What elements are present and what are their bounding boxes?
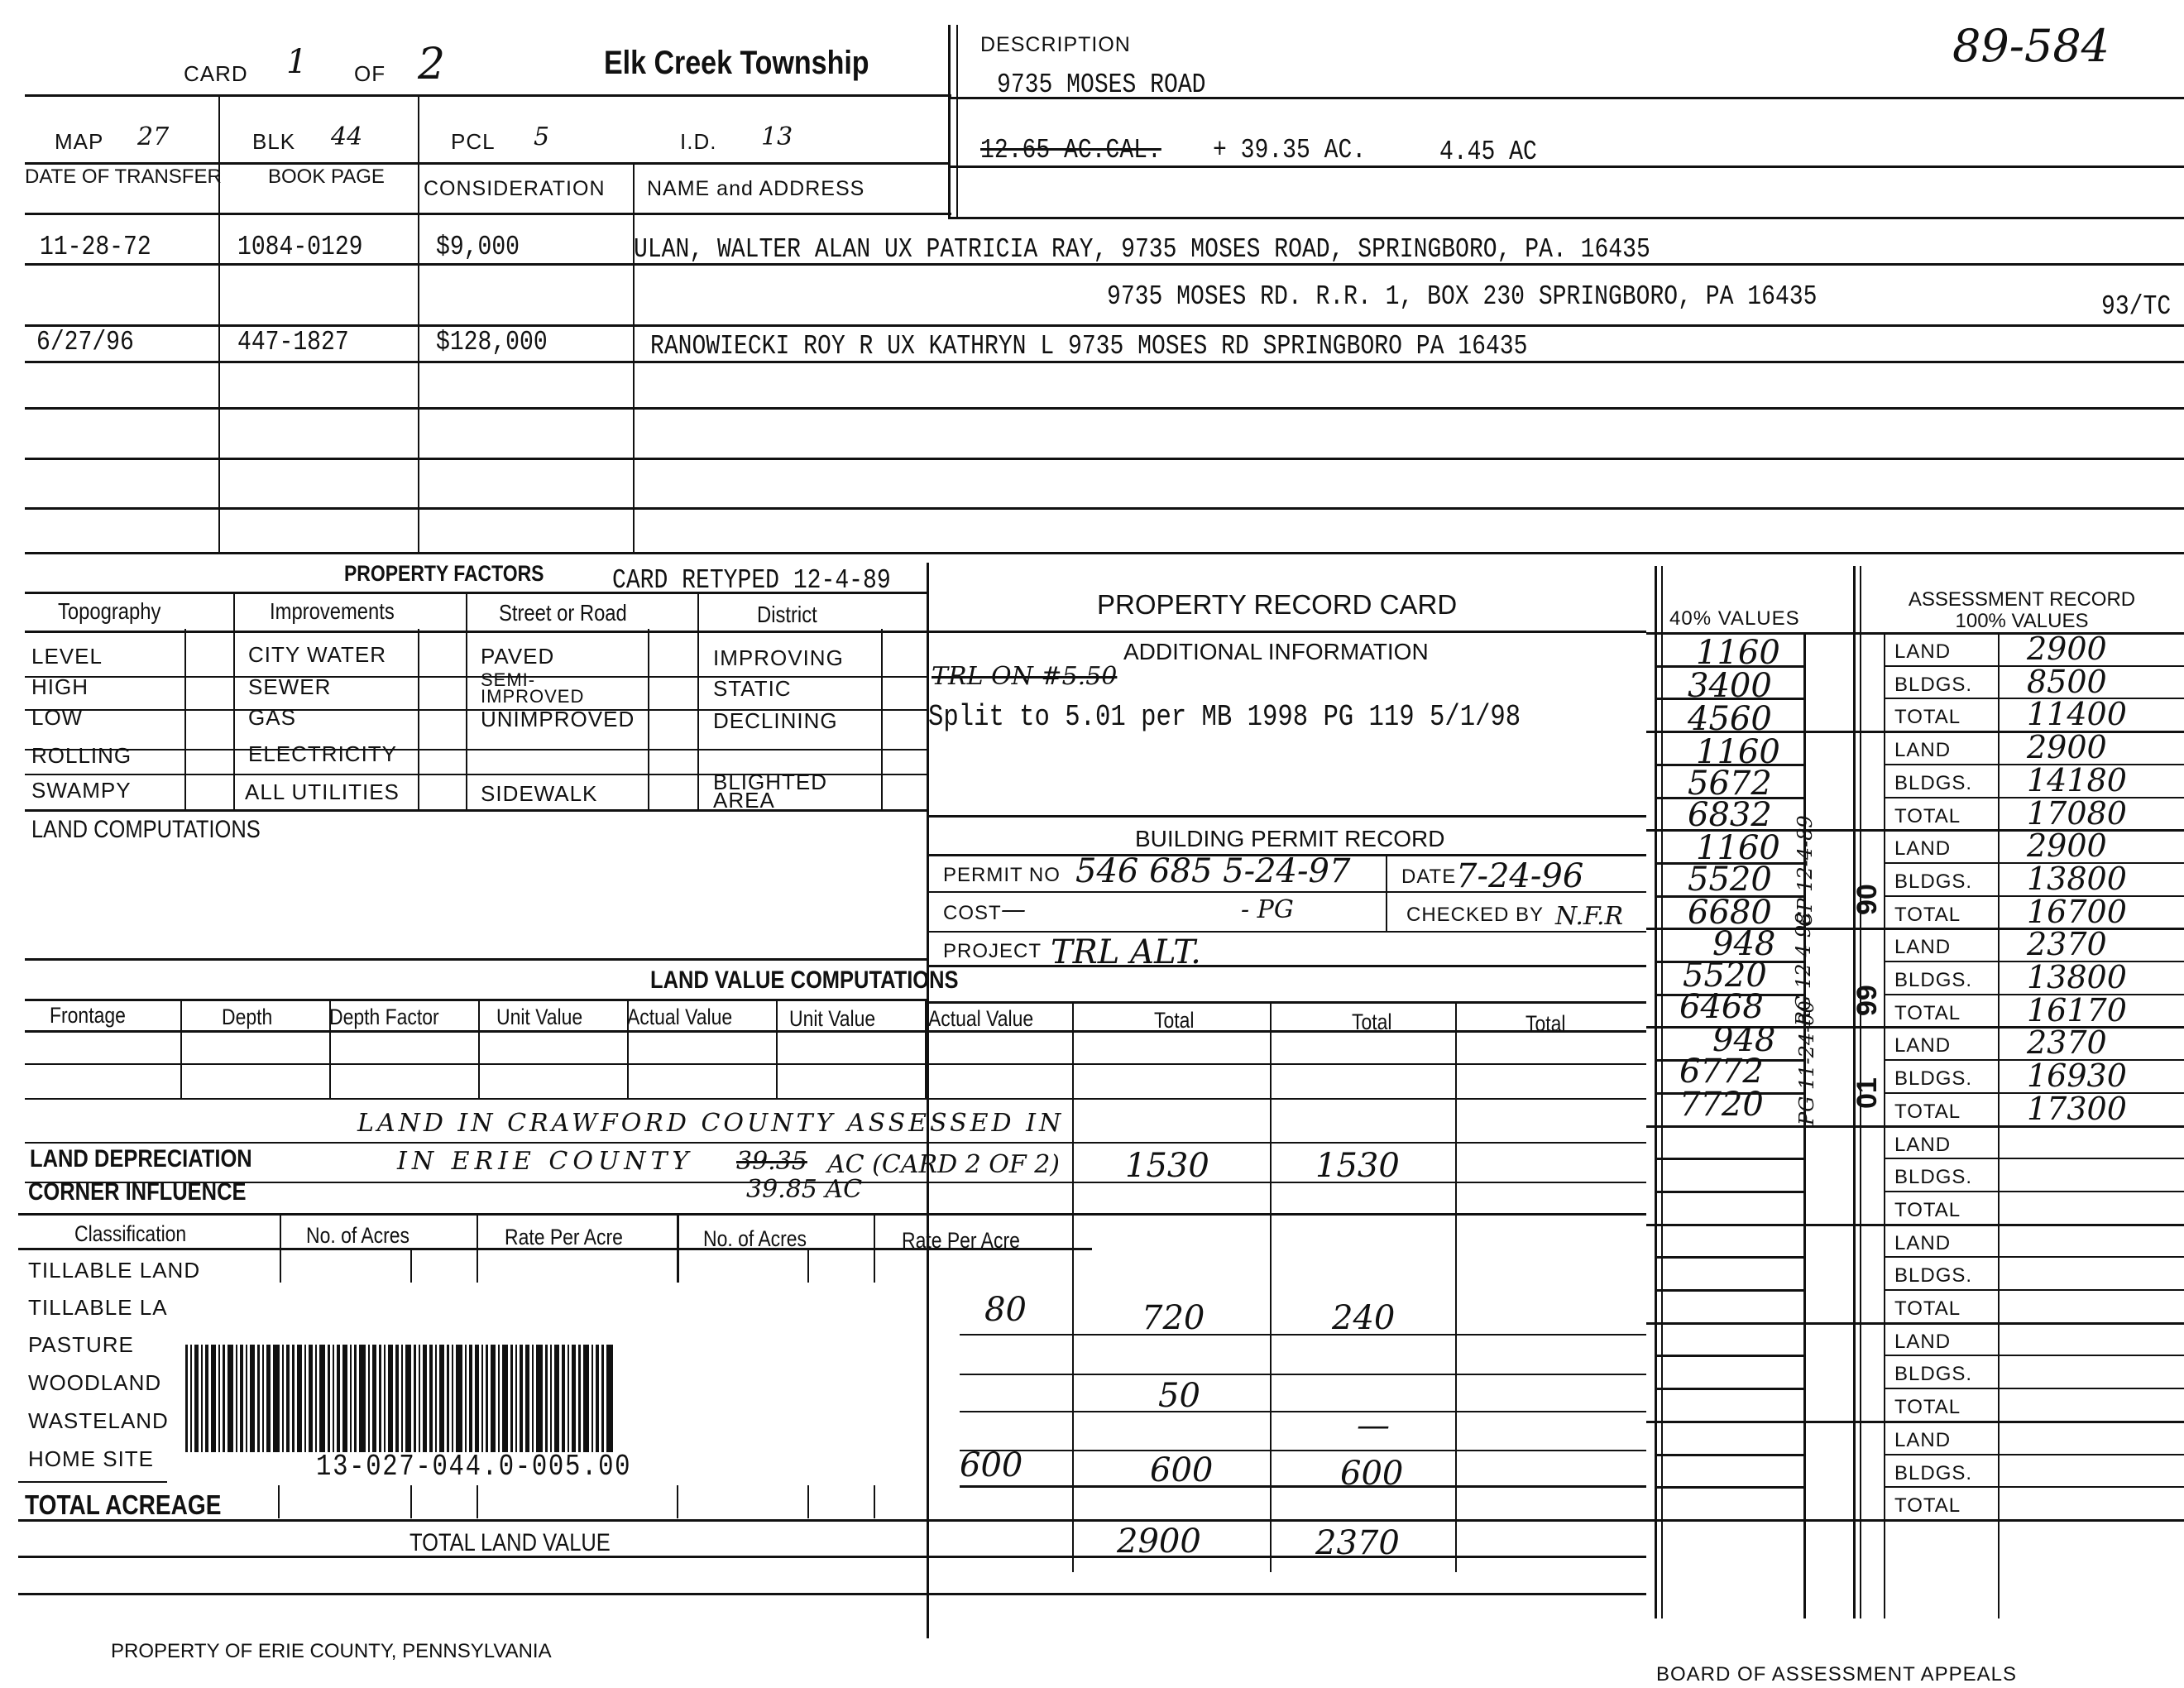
footer-board-appeals: BOARD OF ASSESSMENT APPEALS <box>1656 1663 2017 1686</box>
permit-date-value: 7-24-96 <box>1456 857 1583 895</box>
transfer-book-page: 447-1827 <box>237 327 349 357</box>
class-header-classification: Classification <box>74 1221 186 1247</box>
map-value: 27 <box>137 122 169 151</box>
depreciation-total-1: 1530 <box>1125 1147 1209 1185</box>
assessment-row-label: LAND <box>1894 1331 1951 1354</box>
assessment-title-1: ASSESSMENT RECORD <box>1860 589 2184 611</box>
factor-header-district: District <box>757 602 817 628</box>
lv-header-frontage: Frontage <box>50 1003 126 1029</box>
assessment-bldgs-value: 16930 <box>2027 1057 2127 1094</box>
cost-extra: - PG <box>1241 895 1294 924</box>
land-note-line3: 39.85 AC <box>746 1175 862 1204</box>
assessment-row-label: BLDGS. <box>1894 969 1972 992</box>
lv-header-depth-factor: Depth Factor <box>329 1005 439 1030</box>
total-acreage-label: TOTAL ACREAGE <box>25 1489 221 1521</box>
transfer-name-address: ULAN, WALTER ALAN UX PATRICIA RAY, 9735 … <box>634 234 1650 265</box>
permit-no-label: PERMIT NO <box>943 864 1061 887</box>
card-total: 2 <box>418 40 445 89</box>
additional-struck-note: TRL ON #5.50 <box>932 662 1117 691</box>
assessment-bldgs-value: 14180 <box>2027 762 2127 798</box>
id-value: 13 <box>761 122 793 151</box>
class-row-woodland: WOODLAND <box>28 1370 161 1396</box>
assessment-row-label: LAND <box>1894 936 1951 959</box>
parcel-barcode <box>185 1345 839 1452</box>
factor-sewer[interactable]: SEWER <box>248 674 331 700</box>
transfer-date: 6/27/96 <box>36 327 134 357</box>
class-rate-home-site: 600 <box>960 1446 1023 1484</box>
factor-header-street: Street or Road <box>499 600 627 626</box>
factor-low[interactable]: LOW <box>31 705 83 731</box>
factor-high[interactable]: HIGH <box>31 674 89 700</box>
factor-header-improvements: Improvements <box>270 598 395 625</box>
additional-info-label: ADDITIONAL INFORMATION <box>1123 639 1429 665</box>
building-permit-label: BUILDING PERMIT RECORD <box>1135 826 1444 852</box>
assessment-land-value: 2370 <box>2027 926 2107 962</box>
assessment-row-label: TOTAL <box>1894 1101 1961 1124</box>
blk-label: BLK <box>252 129 295 155</box>
land-note-line1: LAND IN CRAWFORD COUNTY ASSESSED IN <box>357 1109 1064 1138</box>
class-row-tillable-land: TILLABLE LAND <box>28 1258 200 1283</box>
permit-no-value: 546 685 5-24-97 <box>1075 852 1350 890</box>
factor-static[interactable]: STATIC <box>713 676 792 702</box>
header-book-page: BOOK PAGE <box>218 167 418 187</box>
footer-property-of: PROPERTY OF ERIE COUNTY, PENNSYLVANIA <box>111 1640 552 1663</box>
assessment-total-value: 16700 <box>2027 894 2127 930</box>
map-label: MAP <box>55 129 103 155</box>
header-name-address: NAME and ADDRESS <box>647 177 864 201</box>
assessment-bldgs-value: 8500 <box>2027 664 2107 700</box>
factor-gas[interactable]: GAS <box>248 705 296 731</box>
factor-all-utilities[interactable]: ALL UTILITIES <box>245 779 400 805</box>
stamp-year-90: 90 <box>1851 884 1884 915</box>
description-struck: 12.65 AC.CAL. <box>980 135 1161 165</box>
factor-city-water[interactable]: CITY WATER <box>248 642 386 668</box>
stamp-year-01: 01 <box>1851 1077 1884 1109</box>
assessment-bldgs-value: 13800 <box>2027 861 2127 897</box>
assessment-row-label: BLDGS. <box>1894 1363 1972 1386</box>
factor-level[interactable]: LEVEL <box>31 644 103 669</box>
assessment-row-label: BLDGS. <box>1894 1166 1972 1189</box>
assessment-row-label: BLDGS. <box>1894 1067 1972 1091</box>
land-note-line2a: IN ERIE COUNTY <box>397 1147 693 1176</box>
transfer-date: 11-28-72 <box>40 232 151 262</box>
assessment-row-label: TOTAL <box>1894 706 1961 729</box>
class-total1-home-site: 600 <box>1150 1451 1213 1489</box>
class-header-acres-1: No. of Acres <box>306 1223 409 1249</box>
class-row-pasture: PASTURE <box>28 1332 134 1358</box>
factor-improving[interactable]: IMPROVING <box>713 645 844 671</box>
assessment-land-value: 2900 <box>2027 631 2107 667</box>
assessment-row-label: BLDGS. <box>1894 674 1972 697</box>
card-number: 1 <box>286 43 307 81</box>
description-line1: 9735 MOSES ROAD <box>997 70 1206 100</box>
additional-note: Split to 5.01 per MB 1998 PG 119 5/1/98 <box>928 700 1521 734</box>
id-label: I.D. <box>680 129 716 155</box>
cost-label: COST <box>943 902 1002 925</box>
factor-electricity[interactable]: ELECTRICITY <box>248 741 397 767</box>
class-total1-tillable: 720 <box>1142 1299 1205 1337</box>
transfer-consideration: $9,000 <box>436 232 520 262</box>
land-value-title: LAND VALUE COMPUTATIONS <box>650 966 959 995</box>
transfer-consideration: $128,000 <box>436 327 548 357</box>
transfer-note: 93/TC <box>2101 291 2171 322</box>
land-note-line2-struck: 39.35 <box>736 1147 807 1176</box>
lv-header-actual-value-2: Actual Value <box>928 1006 1033 1032</box>
of-label: OF <box>354 61 386 87</box>
township-title: Elk Creek Township <box>604 45 869 82</box>
lv-header-total-3: Total <box>1525 1011 1565 1037</box>
description-label: DESCRIPTION <box>980 33 1131 57</box>
lv-header-unit-value-2: Unit Value <box>789 1006 875 1032</box>
cost-value: — <box>1001 895 1026 924</box>
assessment-total-value: 16170 <box>2027 992 2127 1029</box>
description-extra: 4.45 AC <box>1439 137 1537 167</box>
checked-by-label: CHECKED BY <box>1406 904 1544 927</box>
assessment-total-value: 11400 <box>2027 696 2127 732</box>
header-date-of-transfer: DATE OF TRANSFER <box>25 167 218 187</box>
lv-header-actual-value: Actual Value <box>627 1005 732 1030</box>
factor-unimproved[interactable]: UNIMPROVED <box>481 707 635 732</box>
checked-by-value: N.F.R <box>1555 902 1623 931</box>
lv-header-depth: Depth <box>222 1005 272 1030</box>
assessment-land-value: 2900 <box>2027 729 2107 765</box>
assessment-row-label: TOTAL <box>1894 904 1961 927</box>
barcode-number: 13-027-044.0-005.00 <box>316 1450 631 1484</box>
factor-sidewalk[interactable]: SIDEWALK <box>481 781 597 807</box>
class-row-home-site: HOME SITE <box>28 1446 154 1472</box>
land-computations-label: LAND COMPUTATIONS <box>31 816 261 844</box>
blk-value: 44 <box>331 122 362 151</box>
record-card-title: PROPERTY RECORD CARD <box>1097 589 1457 621</box>
assessment-row-label: TOTAL <box>1894 1199 1961 1222</box>
assessment-row-label: BLDGS. <box>1894 870 1972 894</box>
assessment-row-label: TOTAL <box>1894 805 1961 828</box>
factor-paved[interactable]: PAVED <box>481 644 554 669</box>
assessment-total-value: 17080 <box>2027 795 2127 832</box>
assessment-row-label: BLDGS. <box>1894 772 1972 795</box>
land-depreciation-label: LAND DEPRECIATION <box>30 1145 252 1173</box>
assessment-row-label: LAND <box>1894 1232 1951 1255</box>
assessment-total-value: 17300 <box>2027 1091 2127 1127</box>
assessment-land-value: 2900 <box>2027 827 2107 864</box>
class-rate-tillable: 80 <box>984 1291 1027 1329</box>
assessment-row-label: LAND <box>1894 640 1951 664</box>
annotation-01-note: PG 11-24-00 <box>1795 1000 1818 1125</box>
assessment-row-label: LAND <box>1894 1429 1951 1452</box>
pcl-value: 5 <box>534 122 549 151</box>
stamp-year-99: 99 <box>1851 985 1884 1016</box>
assessment-row-label: BLDGS. <box>1894 1462 1972 1485</box>
assessment-row-label: LAND <box>1894 1034 1951 1057</box>
project-label: PROJECT <box>943 940 1042 963</box>
factor-rolling[interactable]: ROLLING <box>31 743 132 769</box>
assessment-title-2: 100% VALUES <box>1860 611 2184 632</box>
corner-influence-label: CORNER INFLUENCE <box>28 1178 247 1206</box>
transfer-name-address: 9735 MOSES RD. R.R. 1, BOX 230 SPRINGBOR… <box>1107 281 1817 312</box>
class-total1-woodland: 50 <box>1158 1377 1200 1415</box>
assessment-bldgs-value: 13800 <box>2027 959 2127 995</box>
class-row-tillable-land-2: TILLABLE LA <box>28 1295 168 1321</box>
assessment-land-value: 2370 <box>2027 1024 2107 1061</box>
assessment-row-label: TOTAL <box>1894 1002 1961 1025</box>
transfer-name-address: RANOWIECKI ROY R UX KATHRYN L 9735 MOSES… <box>650 331 1527 362</box>
permit-date-label: DATE <box>1401 866 1456 889</box>
assessment-row-label: LAND <box>1894 837 1951 861</box>
class-row-wasteland: WASTELAND <box>28 1408 169 1434</box>
values-40-label: 40% VALUES <box>1669 607 1800 631</box>
assessment-row-label: TOTAL <box>1894 1297 1961 1321</box>
total-land-value-label: TOTAL LAND VALUE <box>409 1529 611 1557</box>
depreciation-total-2: 1530 <box>1315 1147 1400 1185</box>
card-label: CARD <box>184 61 248 87</box>
factor-blighted-area[interactable]: BLIGHTED AREA <box>713 773 879 809</box>
lv-header-unit-value: Unit Value <box>496 1005 582 1030</box>
description-acres: + 39.35 AC. <box>1213 135 1366 165</box>
property-factors-title: PROPERTY FACTORS <box>344 561 544 587</box>
factor-header-topography: Topography <box>58 598 160 625</box>
land-note-line2b: AC (CARD 2 OF 2) <box>827 1150 1060 1179</box>
annotation-90-note: CP 12-4-89 <box>1794 815 1817 927</box>
assessment-row-label: TOTAL <box>1894 1494 1961 1518</box>
file-number: 89-584 <box>1952 20 2110 72</box>
factor-semi-improved[interactable]: SEMI-IMPROVED <box>481 672 621 705</box>
class-total2-tillable: 240 <box>1332 1299 1395 1337</box>
transfer-book-page: 1084-0129 <box>237 232 362 262</box>
factor-declining[interactable]: DECLINING <box>713 708 838 734</box>
pcl-label: PCL <box>451 129 496 155</box>
factor-swampy[interactable]: SWAMPY <box>31 778 132 803</box>
assessment-row-label: TOTAL <box>1894 1396 1961 1419</box>
class-header-rate-1: Rate Per Acre <box>505 1225 623 1250</box>
header-consideration: CONSIDERATION <box>424 177 606 201</box>
assessment-row-label: BLDGS. <box>1894 1264 1972 1288</box>
assessment-row-label: LAND <box>1894 739 1951 762</box>
assessment-row-label: LAND <box>1894 1134 1951 1157</box>
